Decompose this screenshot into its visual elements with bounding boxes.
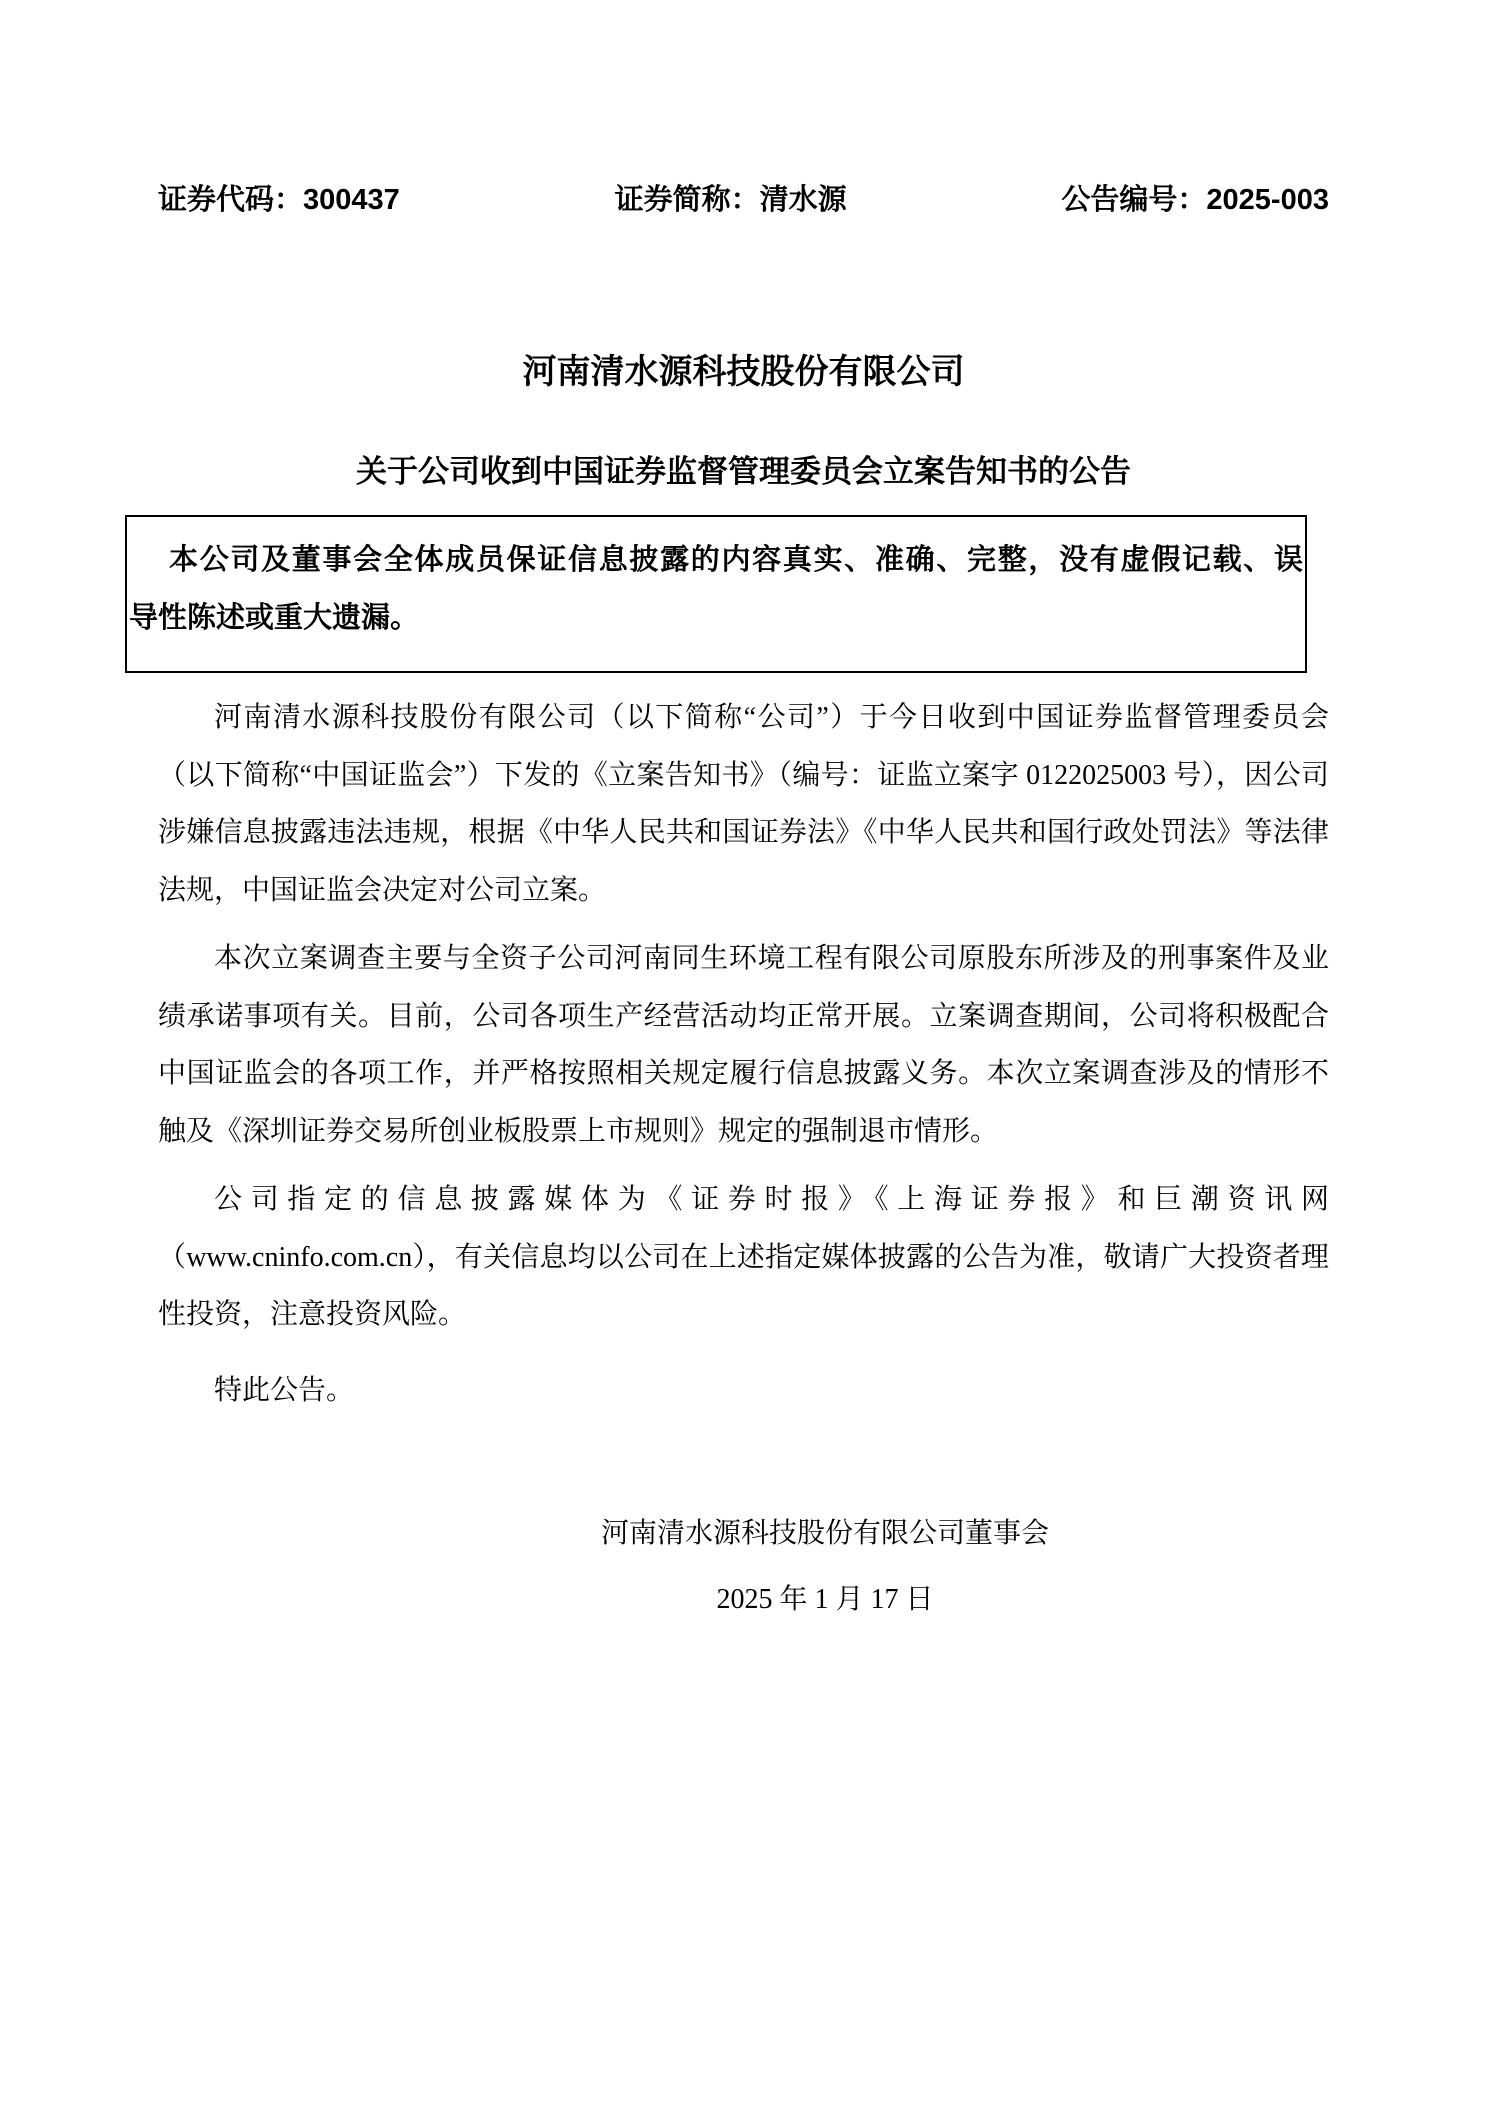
- signature-date: 2025 年 1 月 17 日: [601, 1585, 1049, 1615]
- announcement-number-label: 公告编号：2025-003: [1061, 183, 1329, 217]
- signature-company: 河南清水源科技股份有限公司董事会: [601, 1519, 1049, 1549]
- body-paragraph-1: 河南清水源科技股份有限公司（以下简称“公司”）于今日收到中国证券监督管理委员会（…: [158, 689, 1329, 919]
- stock-abbreviation-label: 证券简称：清水源: [615, 183, 847, 217]
- closing-statement: 特此公告。: [158, 1362, 1329, 1420]
- disclaimer-line-2: 导性陈述或重大遗漏。: [129, 589, 1303, 647]
- stock-code-label: 证券代码：300437: [158, 183, 400, 217]
- signature-block: 河南清水源科技股份有限公司董事会 2025 年 1 月 17 日: [601, 1519, 1049, 1615]
- announcement-title: 关于公司收到中国证券监督管理委员会立案告知书的公告: [158, 453, 1329, 491]
- disclaimer-box: 本公司及董事会全体成员保证信息披露的内容真实、准确、完整，没有虚假记载、误 导性…: [125, 515, 1307, 673]
- announcement-document-page: 证券代码：300437 证券简称：清水源 公告编号：2025-003 河南清水源…: [0, 0, 1487, 2105]
- announcement-body: 河南清水源科技股份有限公司（以下简称“公司”）于今日收到中国证券监督管理委员会（…: [158, 689, 1329, 1344]
- company-title: 河南清水源科技股份有限公司: [158, 353, 1329, 393]
- document-header-row: 证券代码：300437 证券简称：清水源 公告编号：2025-003: [158, 183, 1329, 217]
- disclaimer-line-1: 本公司及董事会全体成员保证信息披露的内容真实、准确、完整，没有虚假记载、误: [129, 531, 1303, 589]
- body-paragraph-3: 公司指定的信息披露媒体为《证券时报》《上海证券报》和巨潮资讯网（www.cnin…: [158, 1171, 1329, 1344]
- body-paragraph-2: 本次立案调查主要与全资子公司河南同生环境工程有限公司原股东所涉及的刑事案件及业绩…: [158, 930, 1329, 1160]
